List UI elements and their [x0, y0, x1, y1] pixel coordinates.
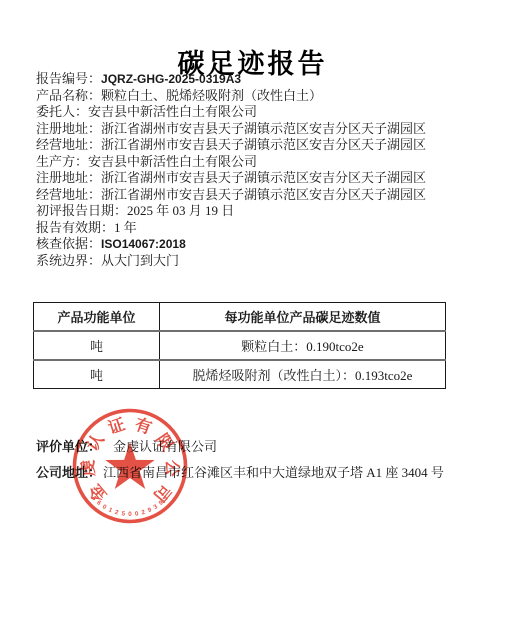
info-label: 报告有效期：: [36, 220, 114, 235]
info-label: 经营地址：: [36, 137, 101, 152]
info-line-producer: 生产方：安吉县中新活性白土有限公司: [36, 154, 485, 171]
svg-text:0: 0: [128, 511, 132, 518]
svg-text:3: 3: [152, 503, 159, 511]
svg-text:3: 3: [90, 495, 98, 503]
header-functional-unit: 产品功能单位: [34, 303, 160, 332]
info-line-validity: 报告有效期：1 年: [36, 220, 485, 237]
info-line-initial-report-date: 初评报告日期：2025 年 03 月 19 日: [36, 203, 485, 220]
info-label: 报告编号：: [36, 71, 101, 86]
evaluator-line: 评价单位：金虔认证有限公司: [36, 434, 485, 460]
info-value: 从大门到大门: [101, 253, 179, 268]
svg-text:6: 6: [95, 499, 103, 507]
info-label: 初评报告日期：: [36, 203, 127, 218]
info-label: 经营地址：: [36, 187, 101, 202]
info-label: 生产方：: [36, 154, 88, 169]
svg-text:0: 0: [135, 510, 140, 517]
info-value: JQRZ-GHG-2025-0319A3: [101, 72, 241, 86]
info-line-system-boundary: 系统边界：从大门到大门: [36, 253, 485, 270]
info-value: 颗粒白土、脱烯烃吸附剂（改性白土）: [101, 88, 322, 103]
info-value: 浙江省湖州市安吉县天子湖镇示范区安吉分区天子湖园区: [101, 170, 426, 185]
info-value: 安吉县中新活性白土有限公司: [88, 154, 257, 169]
info-value: 浙江省湖州市安吉县天子湖镇示范区安吉分区天子湖园区: [101, 187, 426, 202]
cell-footprint: 脱烯烃吸附剂（改性白土）：0.193tco2e: [160, 360, 446, 389]
svg-text:2: 2: [114, 509, 120, 517]
info-line-product-name: 产品名称：颗粒白土、脱烯烃吸附剂（改性白土）: [36, 88, 485, 105]
company-address-line: 公司地址：江西省南昌市红谷滩区丰和中大道绿地双子塔 A1 座 3404 号: [36, 460, 485, 486]
info-label: 产品名称：: [36, 88, 101, 103]
info-line-business-address: 经营地址：浙江省湖州市安吉县天子湖镇示范区安吉分区天子湖园区: [36, 137, 485, 154]
cell-unit: 吨: [34, 331, 160, 360]
info-value: 1 年: [114, 220, 137, 235]
svg-text:2: 2: [141, 509, 147, 517]
evaluator-value: 金虔认证有限公司: [113, 439, 217, 454]
info-label: 注册地址：: [36, 170, 101, 185]
info-line-producer-registered-address: 注册地址：浙江省湖州市安吉县天子湖镇示范区安吉分区天子湖园区: [36, 170, 485, 187]
info-label: 注册地址：: [36, 121, 101, 136]
info-line-report-number: 报告编号：JQRZ-GHG-2025-0319A3: [36, 71, 485, 88]
info-label: 委托人：: [36, 104, 88, 119]
svg-text:0: 0: [101, 503, 108, 511]
evaluator-label: 评价单位：: [36, 439, 101, 454]
table-row: 吨 颗粒白土：0.190tco2e: [34, 331, 446, 360]
info-label: 核查依据：: [36, 236, 101, 251]
header-footprint-value: 每功能单位产品碳足迹数值: [160, 303, 446, 332]
svg-text:3: 3: [162, 494, 170, 502]
footer-block: 评价单位：金虔认证有限公司 公司地址：江西省南昌市红谷滩区丰和中大道绿地双子塔 …: [36, 434, 485, 486]
info-value: 浙江省湖州市安吉县天子湖镇示范区安吉分区天子湖园区: [101, 137, 426, 152]
company-address-label: 公司地址：: [36, 465, 101, 480]
info-value: ISO14067:2018: [101, 237, 186, 251]
report-info-block: 报告编号：JQRZ-GHG-2025-0319A3 产品名称：颗粒白土、脱烯烃吸…: [36, 71, 485, 269]
info-line-client: 委托人：安吉县中新活性白土有限公司: [36, 104, 485, 121]
info-value: 浙江省湖州市安吉县天子湖镇示范区安吉分区天子湖园区: [101, 121, 426, 136]
carbon-footprint-table: 产品功能单位 每功能单位产品碳足迹数值 吨 颗粒白土：0.190tco2e 吨 …: [33, 302, 446, 389]
cell-unit: 吨: [34, 360, 160, 389]
info-line-registered-address: 注册地址：浙江省湖州市安吉县天子湖镇示范区安吉分区天子湖园区: [36, 121, 485, 138]
table-header-row: 产品功能单位 每功能单位产品碳足迹数值: [34, 303, 446, 332]
company-address-value: 江西省南昌市红谷滩区丰和中大道绿地双子塔 A1 座 3404 号: [103, 465, 444, 480]
carbon-footprint-report-page: 碳足迹报告 报告编号：JQRZ-GHG-2025-0319A3 产品名称：颗粒白…: [0, 0, 505, 629]
info-label: 系统边界：: [36, 253, 101, 268]
info-line-producer-business-address: 经营地址：浙江省湖州市安吉县天子湖镇示范区安吉分区天子湖园区: [36, 187, 485, 204]
svg-text:1: 1: [107, 506, 114, 514]
info-value: 2025 年 03 月 19 日: [127, 203, 234, 218]
info-value: 安吉县中新活性白土有限公司: [88, 104, 257, 119]
svg-text:5: 5: [121, 510, 126, 517]
svg-text:9: 9: [147, 506, 154, 514]
table-row: 吨 脱烯烃吸附剂（改性白土）：0.193tco2e: [34, 360, 446, 389]
svg-text:9: 9: [158, 499, 166, 507]
cell-footprint: 颗粒白土：0.190tco2e: [160, 331, 446, 360]
info-line-verification-basis: 核查依据：ISO14067:2018: [36, 236, 485, 253]
